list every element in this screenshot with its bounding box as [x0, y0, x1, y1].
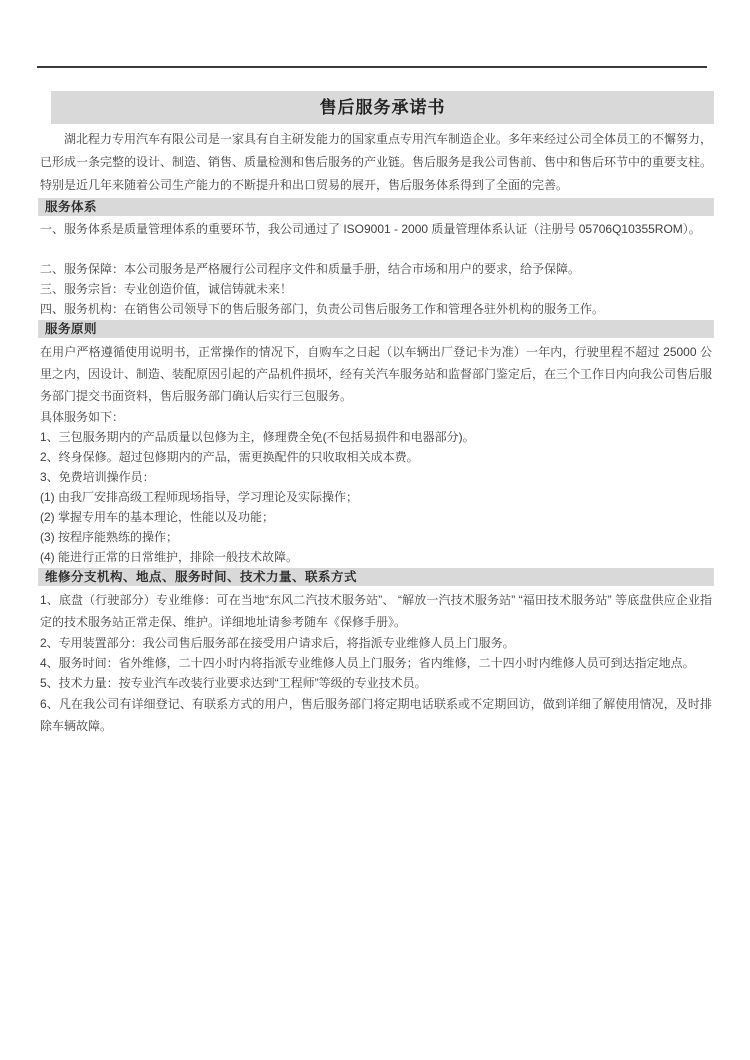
- list-intro-line: 具体服务如下：: [38, 407, 714, 427]
- list-item: 4、服务时间：省外维修，二十四小时内将指派专业维修人员上门服务；省内维修，二十四…: [38, 653, 714, 673]
- document-title: 售后服务承诺书: [320, 98, 446, 117]
- list-item: 6、凡在我公司有详细登记、有联系方式的用户，售后服务部门将定期电话联系或不定期回…: [38, 693, 714, 737]
- list-item: 二、服务保障：本公司服务是严格履行公司程序文件和质量手册，结合市场和用户的要求，…: [38, 259, 714, 279]
- list-item: 2、专用装置部分：我公司售后服务部在接受用户请求后，将指派专业维修人员上门服务。: [38, 633, 714, 653]
- list-item: 四、服务机构：在销售公司领导下的售后服务部门，负责公司售后服务工作和管理各驻外机…: [38, 299, 714, 319]
- section-header-maintenance-branches: 维修分支机构、地点、服务时间、技术力量、联系方式: [38, 568, 714, 586]
- sub-list-item: (2) 掌握专用车的基本理论，性能以及功能；: [38, 507, 714, 527]
- list-item: 1、底盘（行驶部分）专业维修：可在当地“东风二汽技术服务站”、 “解放一汽技术服…: [38, 586, 714, 633]
- sub-list-item: (3) 按程序能熟练的操作；: [38, 527, 714, 547]
- sub-list-item: (1) 由我厂安排高级工程师现场指导，学习理论及实际操作；: [38, 487, 714, 507]
- document-title-bar: 售后服务承诺书: [51, 91, 714, 124]
- list-item: 2、终身保修。超过包修期内的产品，需更换配件的只收取相关成本费。: [38, 447, 714, 467]
- list-item: 5、技术力量：按专业汽车改装行业要求达到“工程师”等级的专业技术员。: [38, 673, 714, 693]
- section-header-service-principles: 服务原则: [38, 320, 714, 338]
- section-header-service-system: 服务体系: [38, 198, 714, 216]
- document-page: 售后服务承诺书 湖北程力专用汽车有限公司是一家具有自主研发能力的国家重点专用汽车…: [0, 0, 750, 1060]
- top-rule: [37, 66, 707, 68]
- list-item: 三、服务宗旨：专业创造价值，诚信铸就未来！: [38, 279, 714, 299]
- intro-paragraph: 湖北程力专用汽车有限公司是一家具有自主研发能力的国家重点专用汽车制造企业。多年来…: [38, 128, 714, 197]
- section-paragraph: 在用户严格遵循使用说明书，正常操作的情况下，自购车之日起（以车辆出厂登记卡为准）…: [38, 338, 714, 407]
- list-item: 1、三包服务期内的产品质量以包修为主，修理费全免(不包括易损件和电器部分)。: [38, 427, 714, 447]
- list-item: 3、免费培训操作员：: [38, 467, 714, 487]
- document-body: 湖北程力专用汽车有限公司是一家具有自主研发能力的国家重点专用汽车制造企业。多年来…: [38, 128, 714, 737]
- list-item: 一、服务体系是质量管理体系的重要环节，我公司通过了 ISO9001 - 2000…: [38, 216, 714, 239]
- sub-list-item: (4) 能进行正常的日常维护，排除一般技术故障。: [38, 547, 714, 567]
